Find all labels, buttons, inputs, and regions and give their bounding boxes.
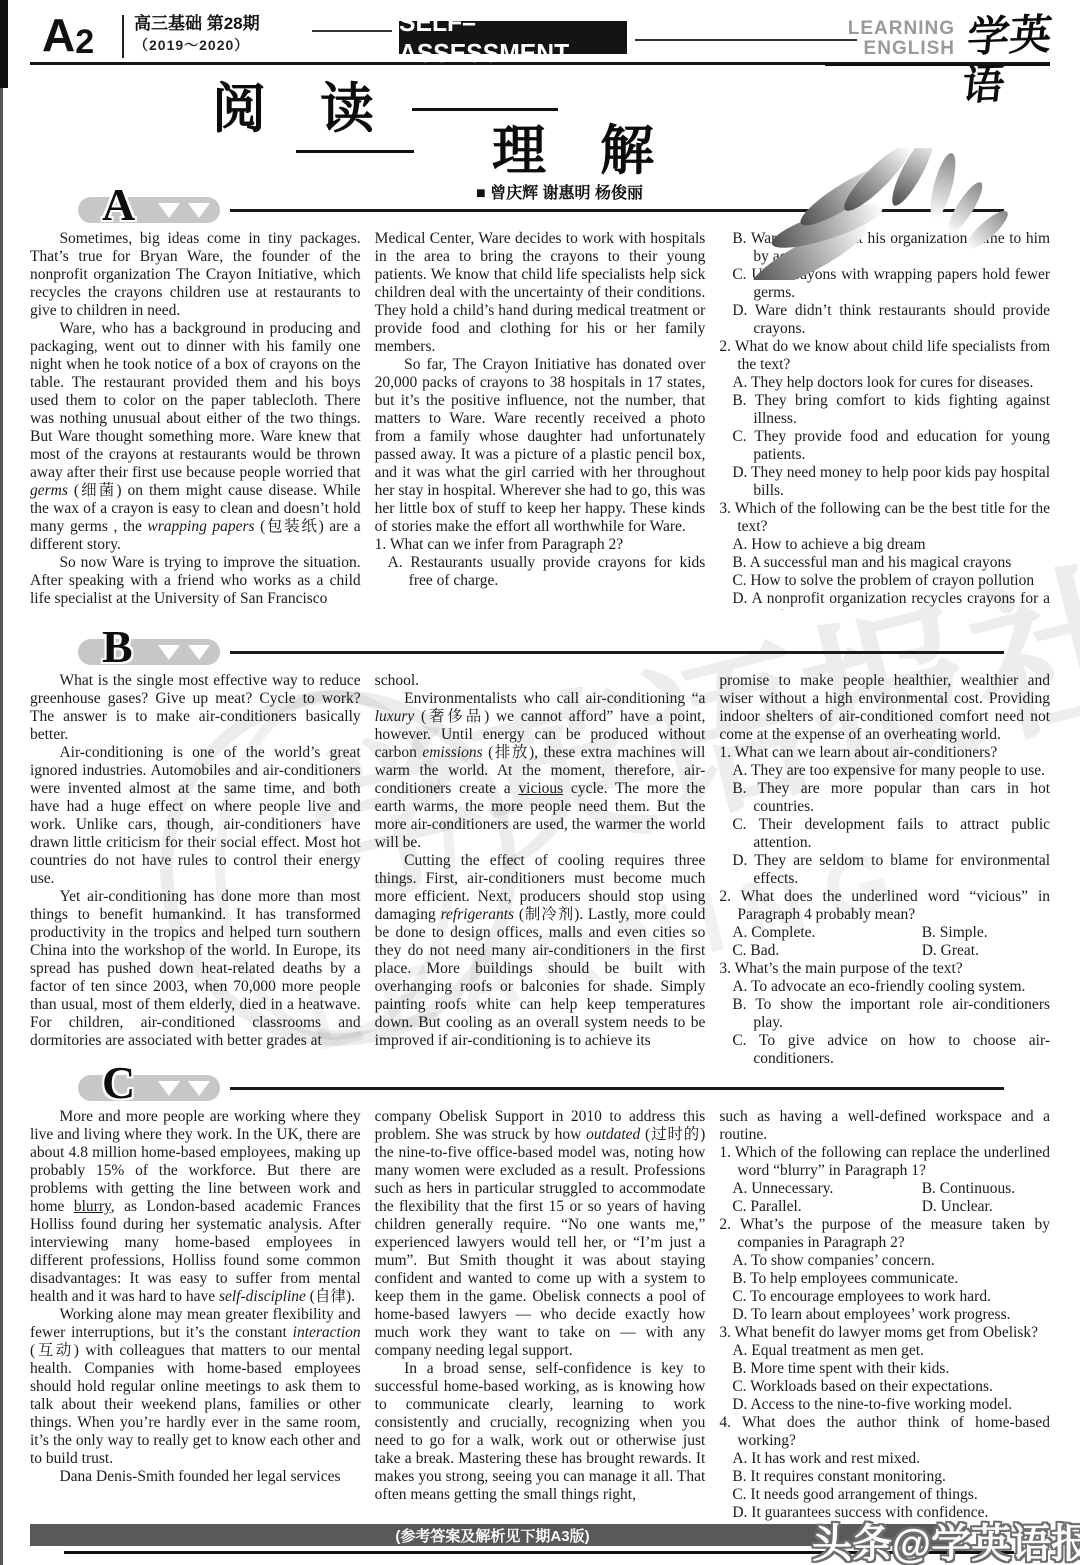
option: A. To show companies’ concern. [732,1252,1050,1270]
text-column: promise to make people healthier, wealth… [719,672,1050,1068]
paragraph: More and more people are working where t… [30,1108,361,1306]
text-column: What is the single most effective way to… [30,672,361,1068]
paragraph: Ware, who has a background in producing … [30,320,361,554]
option: B. To show the important role air-condit… [732,996,1050,1032]
passage-letter: C [102,1060,135,1106]
option: C. Their development fails to attract pu… [732,816,1050,852]
passage-letter: B [102,624,133,670]
brand-line1: LEARNING [820,19,955,39]
text-column: Medical Center, Ware decides to work wit… [375,230,706,610]
title-part2: 理 解 [492,122,654,180]
passage-b: B What is the single most effective way … [30,638,1050,1068]
passage-label-pill: C [78,1075,220,1101]
option: D. They need money to help poor kids pay… [732,464,1050,500]
paragraph: In a broad sense, self-confidence is key… [375,1360,706,1504]
paragraph: So now Ware is trying to improve the sit… [30,554,361,608]
masthead-title: SELF–ASSESSMENT [399,21,627,54]
option: B. Continuous. [922,1180,1018,1198]
option: A. Complete. [732,924,921,942]
title-rule-2 [296,150,414,153]
passage-label-pill: B [78,639,220,665]
brand-name-en: LEARNING ENGLISH [820,19,955,59]
option-pair: A. Unnecessary.B. Continuous. [732,1180,1050,1198]
paragraph: Dana Denis-Smith founded her legal servi… [30,1468,361,1486]
text-column: Sometimes, big ideas come in tiny packag… [30,230,361,610]
title-rule-1 [412,108,558,111]
leaf-decoration [725,148,1025,280]
triangle-icon [188,645,210,660]
option: D. Ware didn’t think restaurants should … [732,302,1050,338]
question: 3. What benefit do lawyer moms get from … [719,1324,1050,1342]
text-column: More and more people are working where t… [30,1108,361,1522]
option: C. They provide food and education for y… [732,428,1050,464]
passage-c-columns: More and more people are working where t… [30,1108,1050,1522]
edition-issue: 高三基础 第28期 [134,13,260,35]
option: D. A nonprofit organization recycles cra… [732,590,1050,610]
scan-edge-line [0,88,3,1565]
question: 3. Which of the following can be the bes… [719,500,1050,536]
option-pair: C. Bad.D. Great. [732,942,1050,960]
passage-b-header: B [30,638,1050,666]
passages-area: A Sometimes, big ideas come in tiny pack… [30,196,1050,1522]
paragraph: Medical Center, Ware decides to work wit… [375,230,706,356]
triangle-icon [188,1081,210,1096]
option: D. Unclear. [922,1198,995,1216]
paragraph: Environmentalists who call air-condition… [375,690,706,852]
masthead-title-text: SELF–ASSESSMENT [399,7,627,69]
masthead: A2 高三基础 第28期 （2019～2020） SELF–ASSESSMENT… [30,10,1050,65]
paragraph: Air-conditioning is one of the world’s g… [30,744,361,888]
option: D. Access to the nine-to-five working mo… [732,1396,1050,1414]
question: 2. What’s the purpose of the measure tak… [719,1216,1050,1252]
masthead-rule-left [312,30,392,32]
option: D. Great. [922,942,981,960]
passage-c-header: C [30,1074,1050,1102]
option: B. They are more popular than cars in ho… [732,780,1050,816]
question: 1. What can we learn about air-condition… [719,744,1050,762]
paragraph: Sometimes, big ideas come in tiny packag… [30,230,361,320]
passage-label-pill: A [78,197,220,223]
question: 3. What’s the main purpose of the text? [719,960,1050,978]
option: C. To encourage employees to work hard. [732,1288,1050,1306]
paragraph: promise to make people healthier, wealth… [719,672,1050,744]
option: A. Unnecessary. [732,1180,921,1198]
option: B. It requires constant monitoring. [732,1468,1050,1486]
paragraph: What is the single most effective way to… [30,672,361,744]
text-column: such as having a well-defined workspace … [719,1108,1050,1522]
option-pair: A. Complete.B. Simple. [732,924,1050,942]
edition-years: （2019～2020） [134,35,260,55]
triangle-icon [158,645,180,660]
option: C. To give advice on how to choose air-c… [732,1032,1050,1068]
authors-byline: ■ 曾庆辉 谢惠明 杨俊丽 [476,180,643,203]
triangle-icon [158,1081,180,1096]
paragraph: Yet air-conditioning has done more than … [30,888,361,1050]
toutiao-watermark: 头条@学英语报 [812,1512,1080,1565]
question: 2. What do we know about child life spec… [719,338,1050,374]
text-column: school.Environmentalists who call air-co… [375,672,706,1068]
option: C. How to solve the problem of crayon po… [732,572,1050,590]
passage-a-columns: Sometimes, big ideas come in tiny packag… [30,230,1050,610]
passage-b-columns: What is the single most effective way to… [30,672,1050,1068]
option: B. A successful man and his magical cray… [732,554,1050,572]
option: C. It needs good arrangement of things. [732,1486,1050,1504]
paragraph: Working alone may mean greater flexibili… [30,1306,361,1468]
option: C. Parallel. [732,1198,921,1216]
option: C. Bad. [732,942,921,960]
paragraph: Cutting the effect of cooling requires t… [375,852,706,1050]
scan-edge-mark [0,0,8,88]
option: B. More time spent with their kids. [732,1360,1050,1378]
option: A. To advocate an eco-friendly cooling s… [732,978,1050,996]
question: 4. What does the author think of home-ba… [719,1414,1050,1450]
newspaper-page: 学英语报社 LEARNING A2 高三基础 第28期 （2019～2020） … [0,0,1080,1565]
option: A. They help doctors look for cures for … [732,374,1050,392]
text-column: company Obelisk Support in 2010 to addre… [375,1108,706,1522]
option: B. Simple. [922,924,991,942]
page-number: A2 [42,10,94,65]
paragraph: school. [375,672,706,690]
option: A. Restaurants usually provide crayons f… [388,554,706,590]
triangle-icon [158,203,180,218]
article-title-block: 阅 读 理 解 ■ 曾庆辉 谢惠明 杨俊丽 [0,78,1080,196]
masthead-divider [122,15,124,58]
edition-info: 高三基础 第28期 （2019～2020） [134,13,260,55]
question: 1. What can we infer from Paragraph 2? [375,536,706,554]
option: A. Equal treatment as men get. [732,1342,1050,1360]
question: 2. What does the underlined word “viciou… [719,888,1050,924]
passage-c: C More and more people are working where… [30,1074,1050,1522]
option: B. To help employees communicate. [732,1270,1050,1288]
answer-reference-text: (参考答案及解析见下期A3版) [395,1525,589,1546]
option-pair: C. Parallel.D. Unclear. [732,1198,1050,1216]
title-part1: 阅 读 [212,80,374,138]
option: D. To learn about employees’ work progre… [732,1306,1050,1324]
paragraph: So far, The Crayon Initiative has donate… [375,356,706,536]
option: D. They are seldom to blame for environm… [732,852,1050,888]
section-rule [230,1087,1004,1090]
option: A. They are too expensive for many peopl… [732,762,1050,780]
brand-underline [825,64,1050,66]
option: A. How to achieve a big dream [732,536,1050,554]
question: 1. Which of the following can replace th… [719,1144,1050,1180]
text-column: B. Ware’s idea about his organization ca… [719,230,1050,610]
paragraph: such as having a well-defined workspace … [719,1108,1050,1144]
brand-line2: ENGLISH [820,39,955,59]
option: A. It has work and rest mixed. [732,1450,1050,1468]
option: C. Workloads based on their expectations… [732,1378,1050,1396]
paragraph: company Obelisk Support in 2010 to addre… [375,1108,706,1360]
section-rule [230,651,1004,654]
option: B. They bring comfort to kids fighting a… [732,392,1050,428]
triangle-icon [188,203,210,218]
